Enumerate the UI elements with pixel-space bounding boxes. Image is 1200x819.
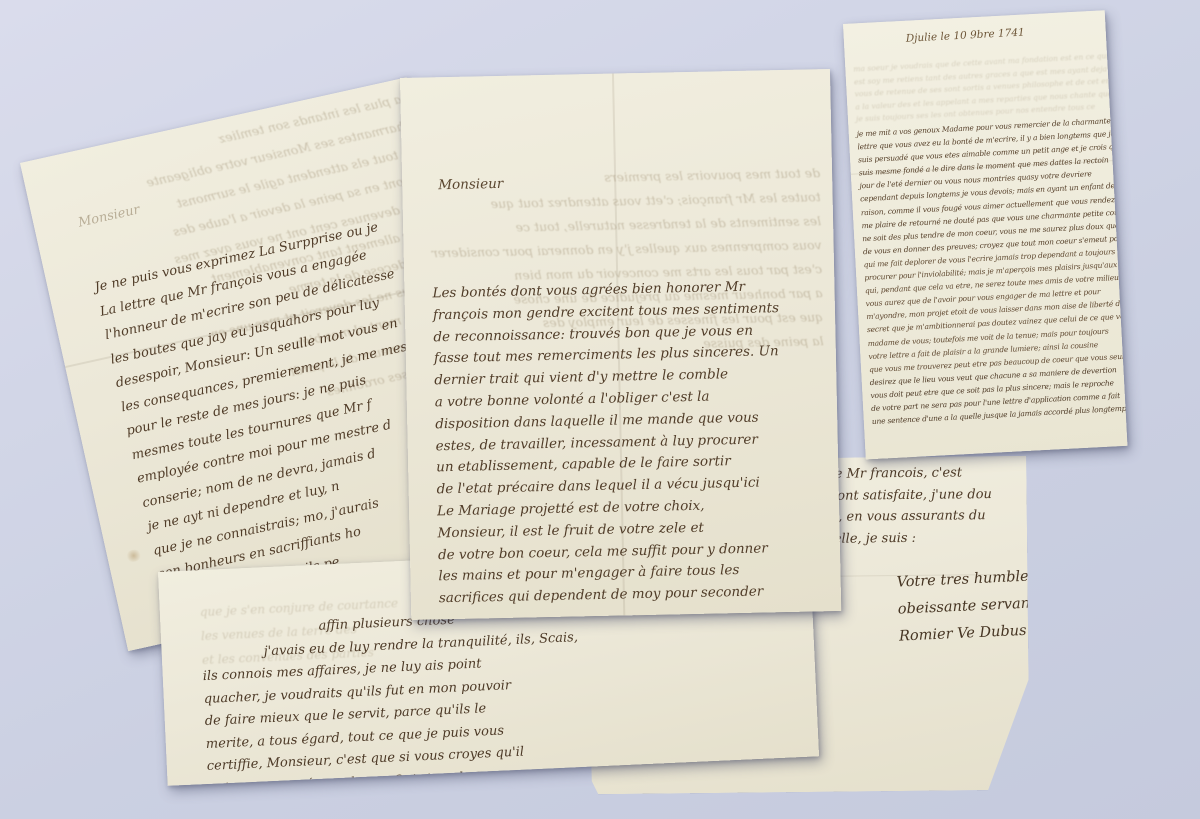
dateline: Djulie le 10 9bre 1741	[906, 27, 1025, 45]
letter-center: de tout mes pouvoirs les premierstoutes …	[400, 69, 841, 620]
photo-of-manuscript-letters: de Mr francois, c'estseront satisfaite, …	[0, 0, 1200, 819]
letter-right: Djulie le 10 9bre 1741 ma soeur je voudr…	[843, 10, 1127, 459]
handwriting-line: seront satisfaite, j'une dou	[817, 483, 1027, 507]
handwriting-line: de Mr francois, c'est	[826, 462, 1026, 486]
handwriting-line: quelle, je suis :	[817, 526, 1027, 550]
letter-body-text: je me mit a vos genoux Madame pour vous …	[856, 114, 1123, 428]
ink-stain	[125, 548, 143, 563]
fragment-closing-text: de Mr francois, c'estseront satisfaite, …	[816, 462, 1027, 550]
handwriting-line: ant, en vous assurants du	[817, 505, 1027, 529]
handwriting-line: Romier Ve Dubus	[899, 617, 1030, 651]
letter-body-text: Les bontés dont vous agrées bien honorer…	[432, 275, 835, 610]
signature-block: Votre tres humbleobeissante servanteRomi…	[896, 563, 1030, 651]
bleed-through-text: ma soeur je voudrais que de cette avant …	[853, 50, 1106, 125]
salutation: Monsieur	[438, 176, 503, 193]
